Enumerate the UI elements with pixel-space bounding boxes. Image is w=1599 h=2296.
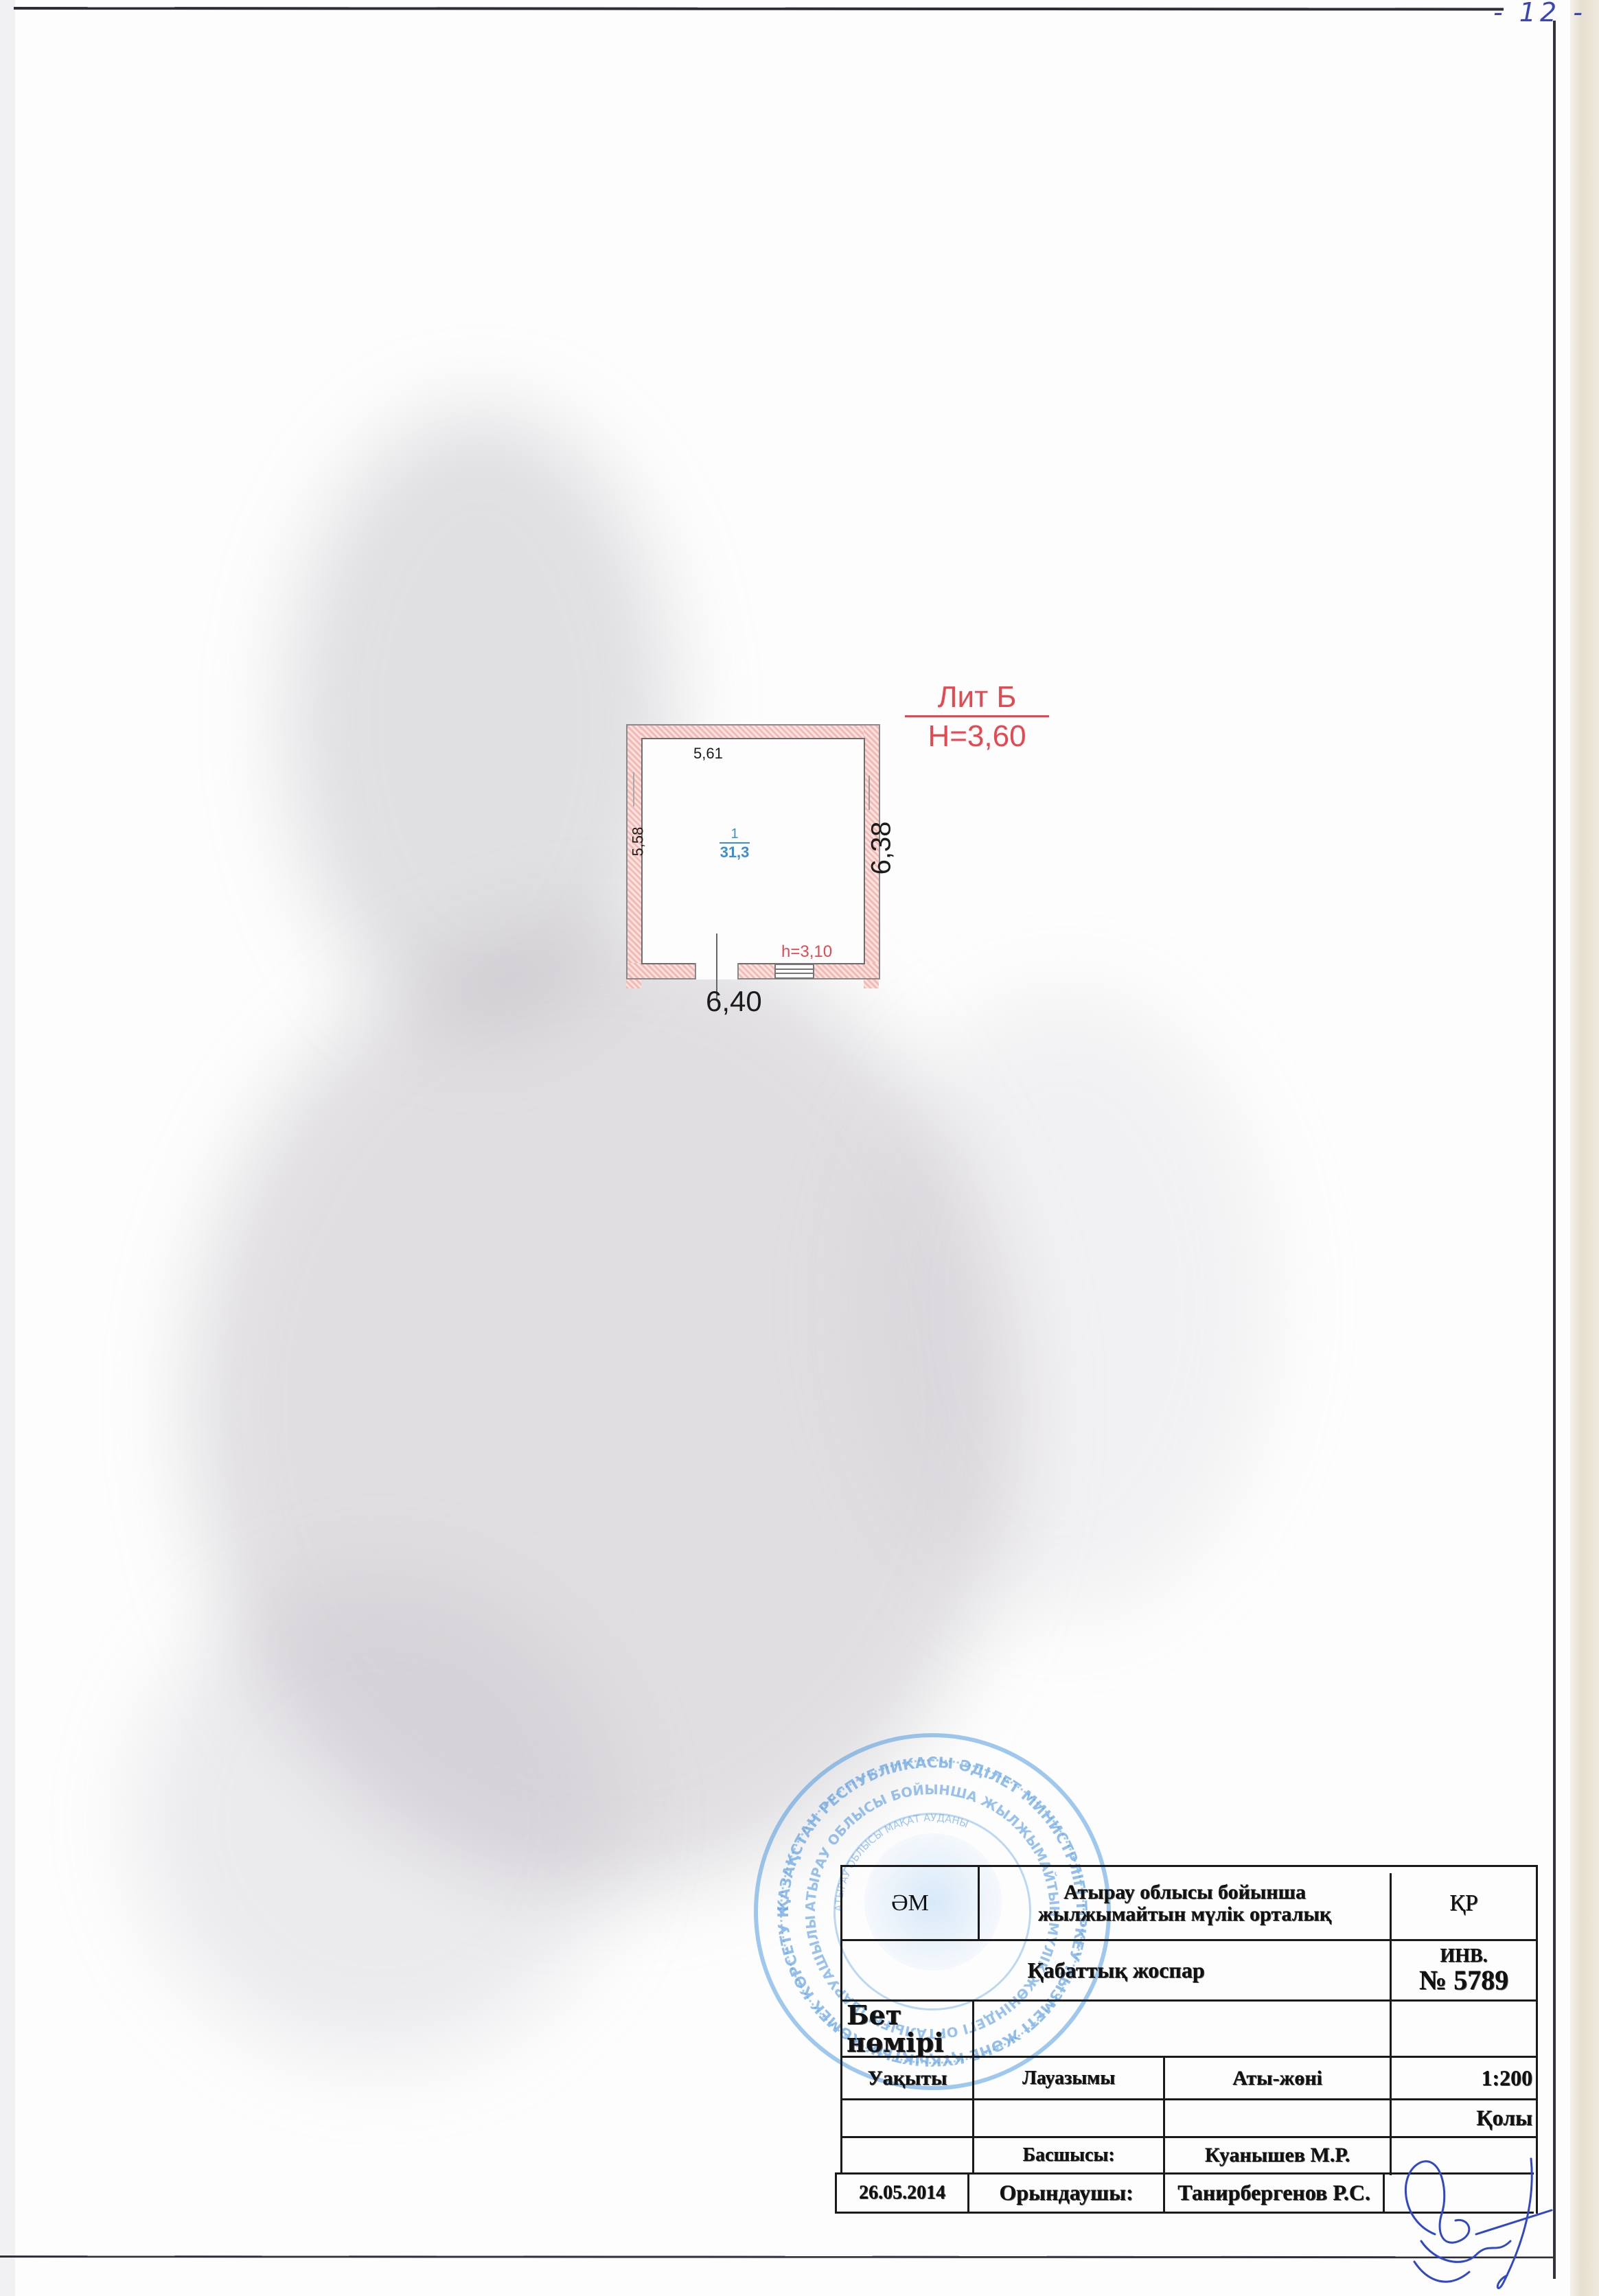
wall-mark-right <box>868 776 870 810</box>
building-height: H=3,60 <box>905 720 1049 753</box>
executor-position: Орындаушы: <box>969 2175 1163 2212</box>
sheet-frame-bottom <box>0 2256 1553 2258</box>
room-label: 1 31,3 <box>720 827 750 860</box>
organization-line-2: жылжымайтын мүлік орталық <box>1038 1903 1331 1925</box>
scan-shadow <box>288 412 673 1030</box>
building-letter: Лит Б <box>905 680 1049 715</box>
page-number-label: Бет нөмірі <box>842 2002 976 2056</box>
room-area: 31,3 <box>720 845 750 860</box>
inventory-number: ИНВ. № 5789 <box>1392 1941 1536 1999</box>
dimension-outer-right: 6,38 <box>866 822 897 875</box>
scale: 1:200 <box>1392 2058 1532 2098</box>
organization-name: Атырау облысы бойынша жылжымайтын мүлік … <box>980 1867 1390 1939</box>
label-divider <box>905 715 1049 717</box>
building-label: Лит Б H=3,60 <box>905 680 1049 753</box>
dimension-inner-top: 5,61 <box>693 745 723 763</box>
signature-label: Қолы <box>1392 2100 1532 2136</box>
room-outline <box>641 738 865 964</box>
inventory-label: ИНВ. <box>1440 1946 1487 1966</box>
room-number: 1 <box>720 827 750 841</box>
country-code: ҚР <box>1392 1867 1536 1939</box>
scan-left-edge <box>0 0 15 2296</box>
executor-date: 26.05.2014 <box>837 2175 967 2212</box>
header-name: Аты-жөні <box>1165 2058 1390 2098</box>
organization-line-1: Атырау облысы бойынша <box>1063 1881 1306 1903</box>
head-position: Басшысы: <box>974 2138 1163 2172</box>
signature-icon <box>1394 2152 1558 2296</box>
dimension-inner-left: 5,58 <box>629 827 647 857</box>
sheet-title: Қабаттық жоспар <box>842 1941 1390 1999</box>
floor-plan: 5,61 5,58 6,38 6,40 h=3,10 1 31,3 <box>618 724 893 988</box>
handwritten-page-number: - 12 - <box>1493 0 1587 27</box>
sheet-frame-top <box>14 7 1504 11</box>
window-opening <box>774 964 814 979</box>
inventory-value: № 5789 <box>1419 1966 1508 1995</box>
wall-mark-left <box>633 772 634 807</box>
header-date: Уақыты <box>842 2058 972 2098</box>
executor-name: Танирбергенов Р.С. <box>1165 2175 1383 2212</box>
room-height: h=3,10 <box>781 942 832 962</box>
head-name: Куанышев М.Р. <box>1165 2138 1390 2172</box>
scan-shadow <box>137 1579 618 2059</box>
dimension-outer-bottom: 6,40 <box>706 985 762 1018</box>
scan-right-edge <box>1570 0 1599 2296</box>
logo-abbreviation: ӘМ <box>842 1867 978 1939</box>
header-position: Лауазымы <box>974 2058 1163 2098</box>
sheet-frame-right <box>1553 21 1556 2279</box>
scan-shadow <box>858 995 1270 1613</box>
